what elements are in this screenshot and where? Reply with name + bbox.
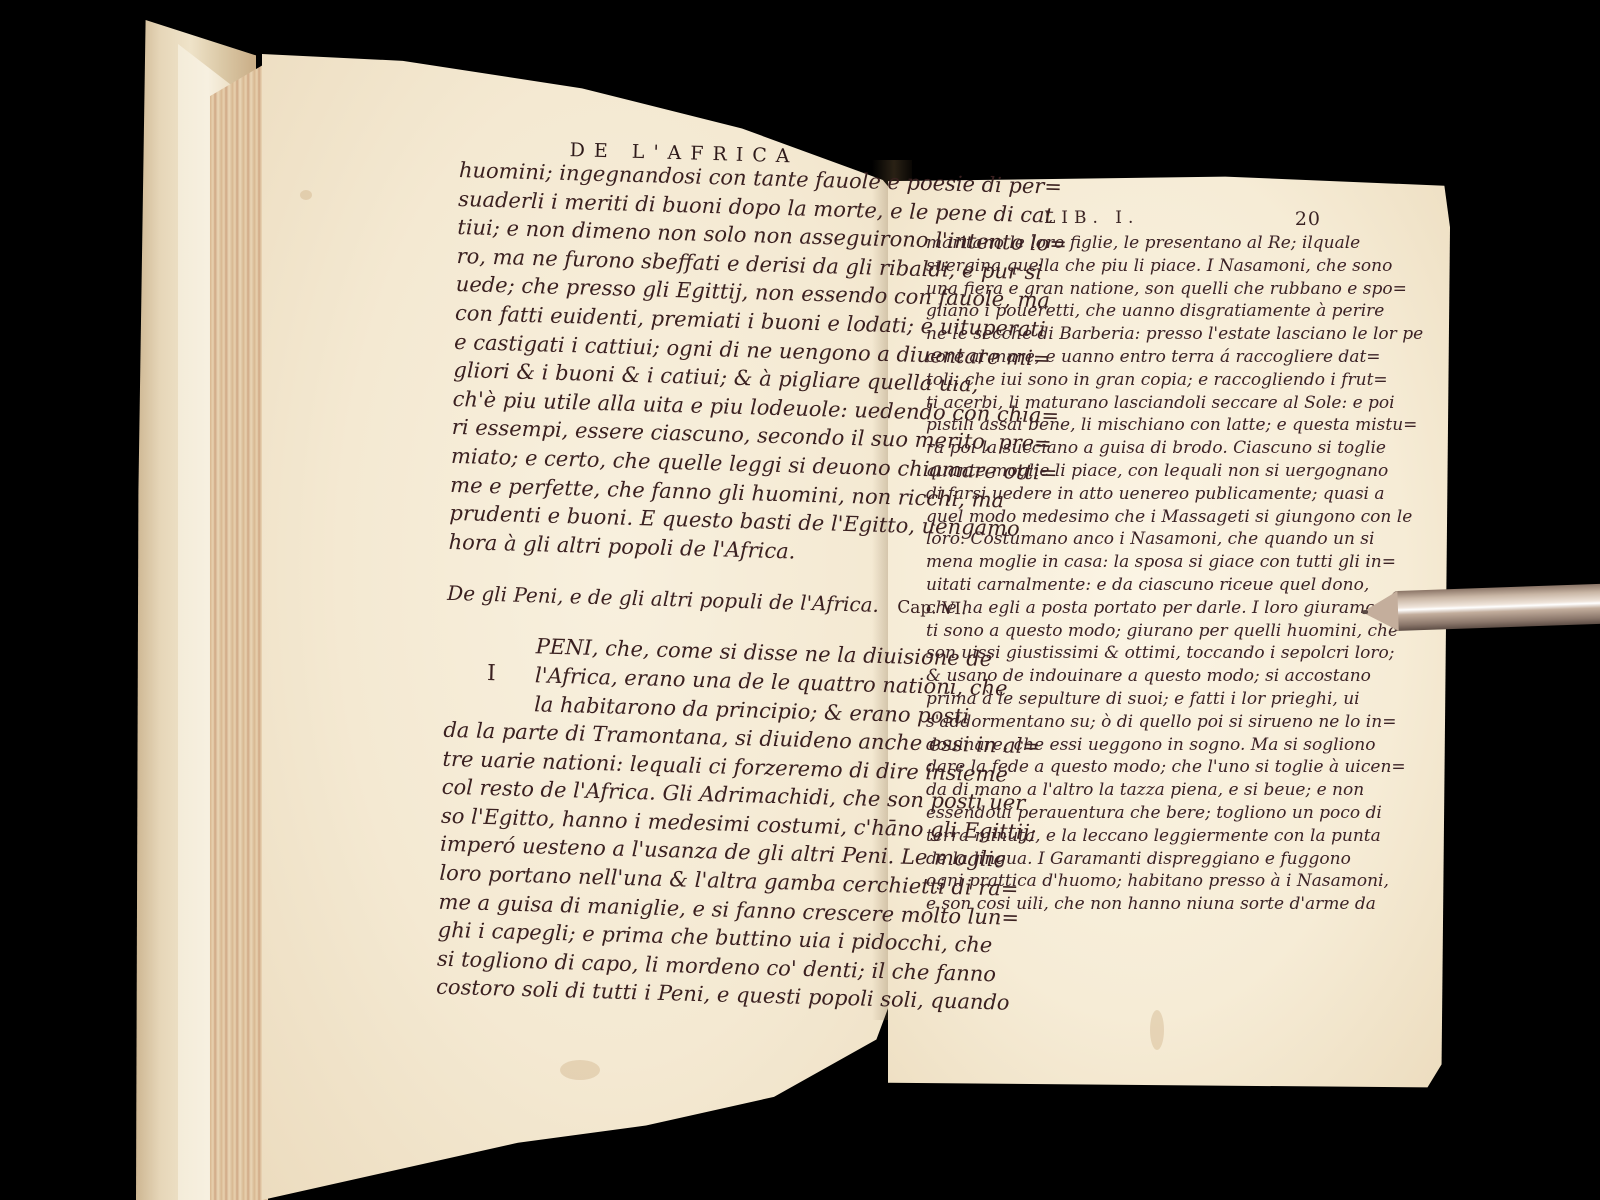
text-line: una fiera e gran natione, son quelli che… <box>926 278 1321 301</box>
foxing-spot <box>1150 1010 1164 1050</box>
foxing-spot <box>300 190 312 200</box>
text-line: loro. Costumano anco i Nasamoni, che qua… <box>926 528 1321 551</box>
text-line: suergina quella che piu li piace. I Nasa… <box>926 255 1321 278</box>
left-page-text: DE L'AFRICA huomini; ingegnandosi con ta… <box>436 136 880 1013</box>
text-line: ti sono a questo modo; giurano per quell… <box>926 620 1321 643</box>
text-line: gliano i poueretti, che uanno disgratiam… <box>926 300 1321 323</box>
book-photograph: DE L'AFRICA huomini; ingegnandosi con ta… <box>0 0 1600 1200</box>
text-line: dare la fede a questo modo; che l'uno si… <box>926 756 1321 779</box>
chapter-title: De gli Peni, e de gli altri populi de l'… <box>447 581 879 617</box>
text-line: di farsi uedere in atto uenereo publicam… <box>926 483 1321 506</box>
text-line: uitati carnalmente: e da ciascuno riceue… <box>926 574 1321 597</box>
text-line: de la lingua. I Garamanti dispreggiano e… <box>926 848 1321 871</box>
page-block-edge <box>210 62 268 1200</box>
pointer-shaft <box>1391 583 1600 631</box>
text-line: ne le secche di Barberia: presso l'estat… <box>926 323 1321 346</box>
text-line: pistili assai bene, li mischiano con lat… <box>926 414 1321 437</box>
right-running-head: LIB. I. 20 <box>1044 208 1321 230</box>
text-line: s'addormentano su; ò di quello poi si si… <box>926 711 1321 734</box>
text-line: & usano de indouinare a questo modo; si … <box>926 665 1321 688</box>
text-line: quel modo medesimo che i Massageti si gi… <box>926 506 1321 529</box>
page-number: 20 <box>1295 208 1321 230</box>
text-line: son uissi giustissimi & ottimi, toccando… <box>926 642 1321 665</box>
text-line: essendoui perauentura che bere; togliono… <box>926 802 1321 825</box>
pointer-tip-point <box>1362 610 1368 614</box>
right-page-text: LIB. I. 20 maritano le loro figlie, le p… <box>926 208 1321 916</box>
drop-cap-letter: I <box>487 661 496 686</box>
text-line: quante moglie li piace, con lequali non … <box>926 460 1321 483</box>
text-line: prima à le sepulture di suoi; e fatti i … <box>926 688 1321 711</box>
text-line: ra poi la succiano a guisa di brodo. Cia… <box>926 437 1321 460</box>
text-line: da di mano a l'altro la tazza piena, e s… <box>926 779 1321 802</box>
text-line: ogni prattica d'huomo; habitano presso à… <box>926 870 1321 893</box>
text-line: mena moglie in casa: la sposa si giace c… <box>926 551 1321 574</box>
text-line: che ha egli a posta portato per darle. I… <box>926 597 1321 620</box>
text-line: terra minuta, e la leccano leggiermente … <box>926 825 1321 848</box>
chapter-opening: I PENI, che, come si disse ne la diuisio… <box>444 630 866 727</box>
text-line: core al mare, e uanno entro terra á racc… <box>926 346 1321 369</box>
text-line: maritano le loro figlie, le presentano a… <box>926 232 1321 255</box>
text-line: ti acerbi, li maturano lasciandoli secca… <box>926 392 1321 415</box>
text-line: e son cosi uili, che non hanno niuna sor… <box>926 893 1321 916</box>
metal-pointer <box>1361 578 1600 638</box>
text-line: douinare, che essi ueggono in sogno. Ma … <box>926 734 1321 757</box>
chapter-heading: De gli Peni, e de gli altri populi de l'… <box>447 578 868 622</box>
foxing-spot <box>560 1060 600 1080</box>
book-label: LIB. I. <box>1044 208 1139 230</box>
text-line: toli, che iui sono in gran copia; e racc… <box>926 369 1321 392</box>
